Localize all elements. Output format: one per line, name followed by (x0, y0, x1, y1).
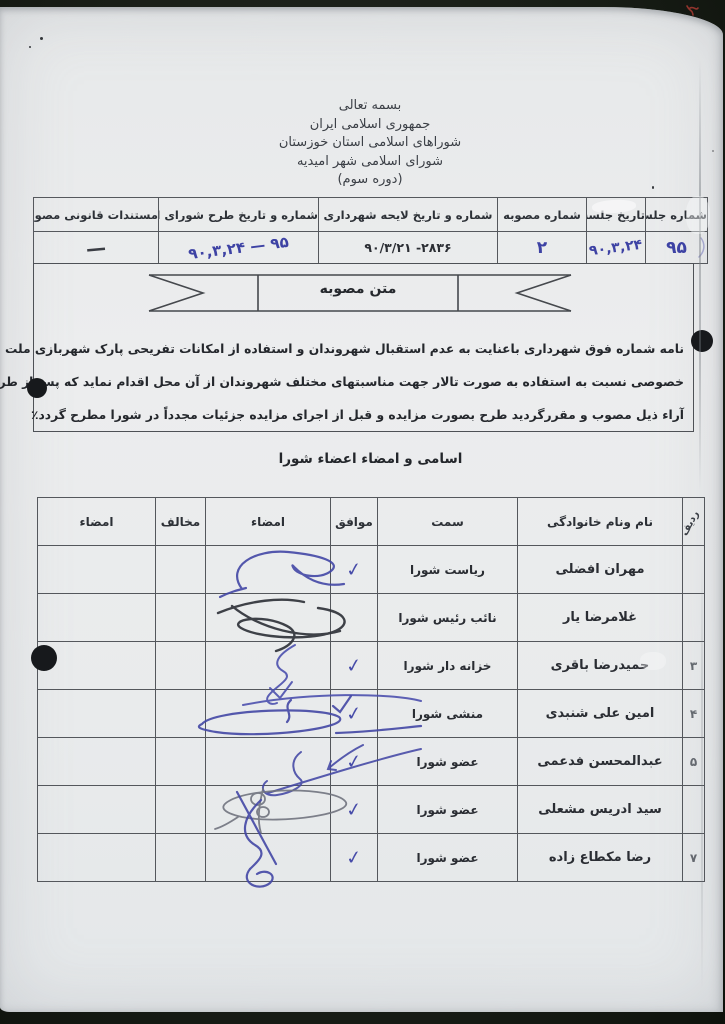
paper-crease (701, 560, 703, 990)
member-row: ۷ رضا مکطاع زاده عضو شورا ✓ (38, 834, 705, 882)
oppose-cell (156, 834, 206, 882)
municipality-letter-value: ۹۰/۳/۲۱ -۲۸۳۶ (364, 240, 451, 255)
oppose-cell (156, 594, 206, 642)
scan-speck (40, 37, 43, 40)
oppose-signature-cell (38, 690, 156, 738)
session-date-value: ۹۰,۳,۲۴ (589, 236, 644, 258)
member-name: سید ادریس مشعلی (518, 786, 683, 834)
resolution-line-3: آراء ذیل مصوب و مقررگردید طرح بصورت مزای… (42, 399, 684, 432)
member-row: سید ادریس مشعلی عضو شورا ✓ (38, 786, 705, 834)
member-position: منشی شورا (378, 690, 518, 738)
hole-punch-mark (691, 330, 713, 352)
agree-checkmark: ✓ (345, 701, 364, 725)
info-header-council-plan: شماره و تاریخ طرح شورای اسلامی (159, 198, 319, 232)
signature-cell (206, 738, 331, 786)
oppose-signature-cell (38, 594, 156, 642)
agree-cell: ✓ (331, 786, 378, 834)
resolution-text: نامه شماره فوق شهرداری باعنایت به عدم اس… (42, 333, 684, 432)
whiteout-patch (640, 652, 666, 670)
member-position: خزانه دار شورا (378, 642, 518, 690)
members-table: ردیف نام ونام خانوادگی سمت موافق امضاء م… (37, 497, 705, 882)
members-header-signature2: امضاء (38, 498, 156, 546)
signature-cell (206, 834, 331, 882)
oppose-signature-cell (38, 834, 156, 882)
member-name: رضا مکطاع زاده (518, 834, 683, 882)
oppose-signature-cell (38, 642, 156, 690)
council-plan-value: ۹۰,۳,۲۴ — ۹۵ (187, 232, 289, 262)
scan-speck (652, 186, 654, 189)
info-value-row: ۹۵ ۹۰,۳,۲۴ ۲ ۹۰/۳/۲۱ -۲۸۳۶ ۹۰,۳,۲۴ — ۹۵ … (34, 232, 708, 264)
agree-checkmark: ✓ (345, 557, 364, 581)
members-header-signature: امضاء (206, 498, 331, 546)
letterhead-line-province: شوراهای اسلامی استان خوزستان (180, 134, 560, 153)
member-name: امین علی شنبدی (518, 690, 683, 738)
oppose-signature-cell (38, 786, 156, 834)
members-header-oppose: مخالف (156, 498, 206, 546)
hole-punch-mark (31, 645, 57, 671)
agree-cell: ✓ (331, 546, 378, 594)
members-header-row: ردیف نام ونام خانوادگی سمت موافق امضاء م… (38, 498, 705, 546)
letterhead-line-term: (دوره سوم) (180, 171, 560, 190)
legal-docs-value: — (85, 235, 107, 261)
member-name: عبدالمحسن فدعمی (518, 738, 683, 786)
agree-checkmark: ✓ (345, 797, 364, 821)
member-name: غلامرضا یار (518, 594, 683, 642)
member-position: نائب رئیس شورا (378, 594, 518, 642)
red-pen-mark (687, 6, 698, 15)
member-position: عضو شورا (378, 834, 518, 882)
ribbon-title: متن مصوبه (258, 281, 458, 297)
member-row: ۴ امین علی شنبدی منشی شورا ✓ (38, 690, 705, 738)
members-header-row-number: ردیف (683, 498, 705, 546)
letterhead-line-bismillah: بسمه تعالی (180, 97, 560, 116)
scan-speck (712, 150, 714, 152)
oppose-cell (156, 786, 206, 834)
oppose-cell (156, 546, 206, 594)
member-row: مهران افضلی ریاست شورا ✓ (38, 546, 705, 594)
members-heading: اسامی و امضاء اعضاء شورا (37, 451, 704, 467)
members-header-name: نام ونام خانوادگی (518, 498, 683, 546)
member-row: غلامرضا یار نائب رئیس شورا (38, 594, 705, 642)
signature-cell (206, 546, 331, 594)
agree-cell: ✓ (331, 834, 378, 882)
legal-docs-cell: — (34, 232, 159, 264)
signature-cell (206, 642, 331, 690)
member-name: مهران افضلی (518, 546, 683, 594)
session-number-value: ۹۵ (666, 238, 687, 258)
resolution-line-2: خصوصی نسبت به استفاده به صورت تالار جهت … (42, 366, 684, 399)
info-header-legal-docs: مستندات قانونی مصوبه (34, 198, 159, 232)
member-position: ریاست شورا (378, 546, 518, 594)
agree-checkmark: ✓ (345, 749, 364, 773)
info-header-resolution-number: شماره مصوبه (498, 198, 587, 232)
agree-checkmark: ✓ (345, 653, 364, 677)
signature-cell (206, 594, 331, 642)
agree-cell: ✓ (331, 690, 378, 738)
resolution-number-cell: ۲ (498, 232, 587, 264)
resolution-number-value: ۲ (537, 238, 547, 258)
agree-checkmark: ✓ (345, 845, 364, 869)
whiteout-patch (686, 196, 710, 234)
members-header-position: سمت (378, 498, 518, 546)
member-position: عضو شورا (378, 786, 518, 834)
signature-cell (206, 786, 331, 834)
signature-cell (206, 690, 331, 738)
oppose-signature-cell (38, 546, 156, 594)
hole-punch-mark (27, 378, 47, 398)
scanned-document: بسمه تعالی جمهوری اسلامی ایران شوراهای ا… (0, 0, 725, 1024)
oppose-cell (156, 738, 206, 786)
members-header-agree: موافق (331, 498, 378, 546)
letterhead-line-city: شورای اسلامی شهر امیدیه (180, 153, 560, 172)
agree-cell (331, 594, 378, 642)
oppose-cell (156, 690, 206, 738)
scan-speck (29, 46, 31, 48)
member-row: ۵ عبدالمحسن فدعمی عضو شورا ✓ (38, 738, 705, 786)
oppose-signature-cell (38, 738, 156, 786)
council-plan-cell: ۹۰,۳,۲۴ — ۹۵ (159, 232, 319, 264)
paper-crease (699, 60, 701, 490)
letterhead: بسمه تعالی جمهوری اسلامی ایران شوراهای ا… (180, 97, 560, 190)
agree-cell: ✓ (331, 738, 378, 786)
resolution-line-1: نامه شماره فوق شهرداری باعنایت به عدم اس… (42, 333, 684, 366)
oppose-cell (156, 642, 206, 690)
member-row: ۳ حمیدرضا باقری خزانه دار شورا ✓ (38, 642, 705, 690)
info-header-municipality-letter: شماره و تاریخ لایحه شهرداری (319, 198, 498, 232)
session-date-cell: ۹۰,۳,۲۴ (587, 232, 646, 264)
letterhead-line-country: جمهوری اسلامی ایران (180, 116, 560, 135)
agree-cell: ✓ (331, 642, 378, 690)
member-position: عضو شورا (378, 738, 518, 786)
municipality-letter-cell: ۹۰/۳/۲۱ -۲۸۳۶ (319, 232, 498, 264)
